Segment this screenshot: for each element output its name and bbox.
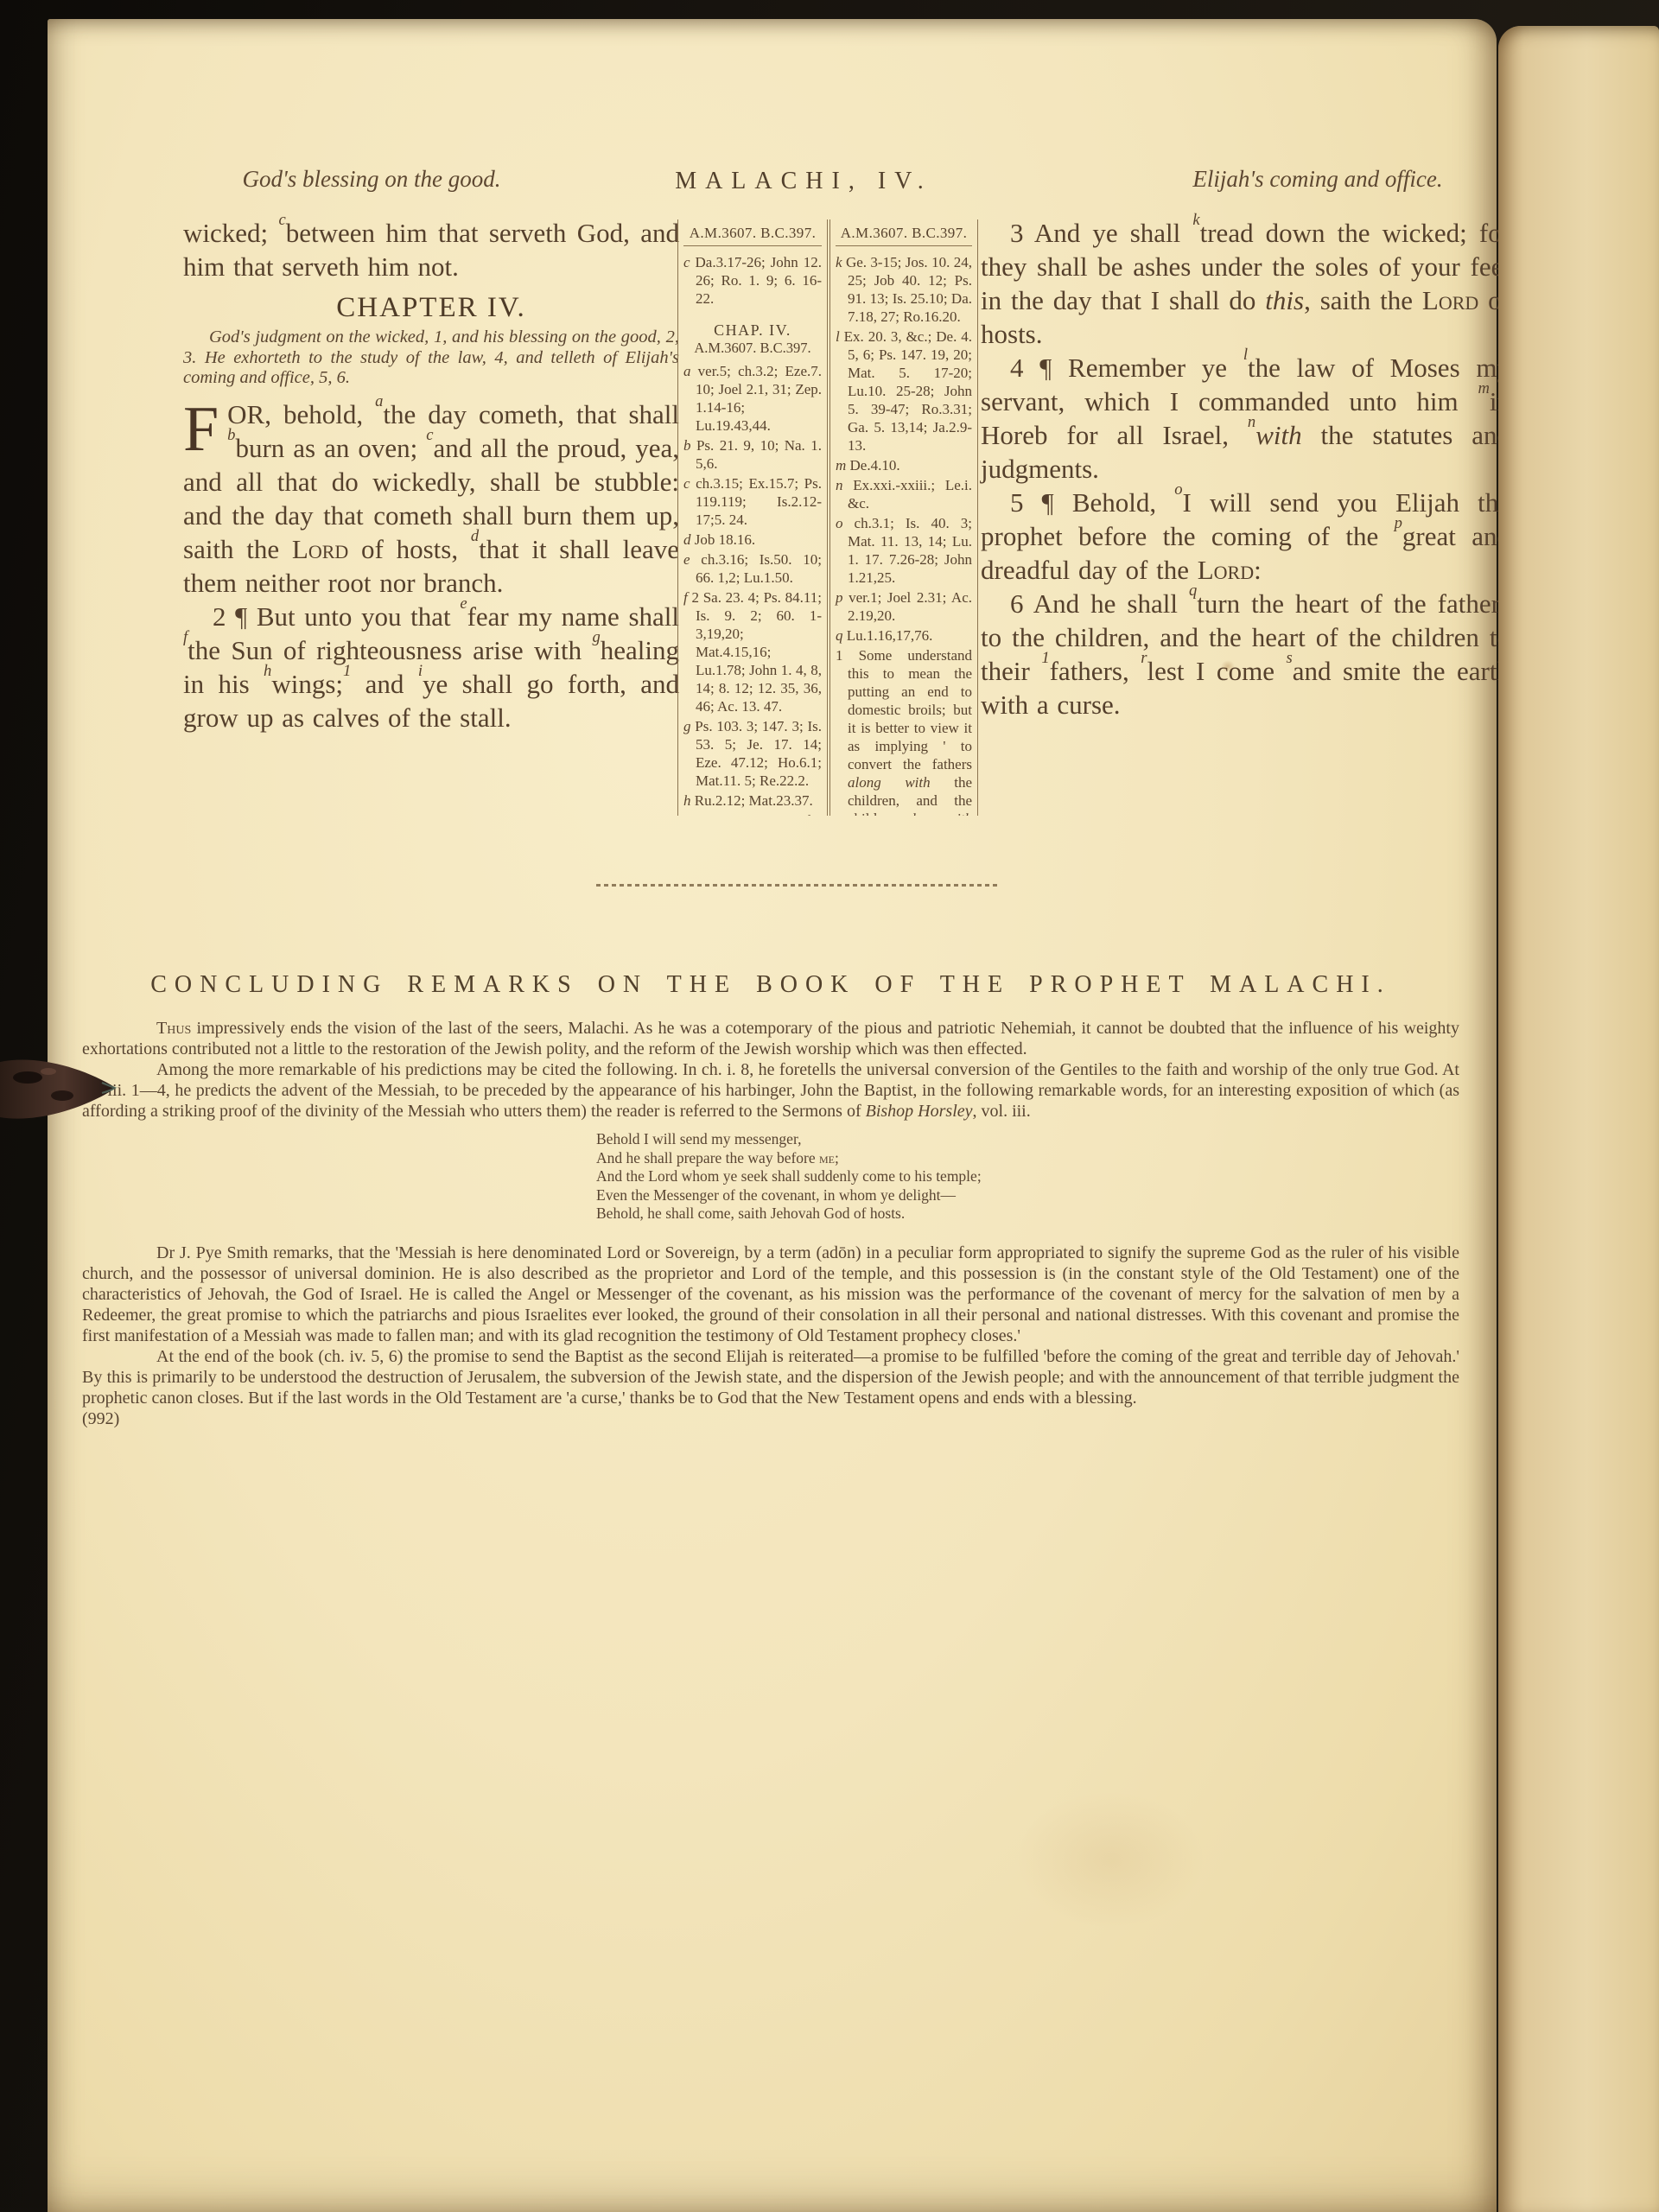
scanned-bible-page-photo: { "colors":{"paper":"#f2e4bc","ink":"#55… — [0, 0, 1659, 2212]
verse-1-text: OR, behold, athe day cometh, that shall … — [183, 399, 679, 598]
running-head-center: MALACHI, IV. — [652, 168, 955, 195]
reference-column-right: A.M.3607. B.C.397. k Ge. 3-15; Jos. 10. … — [829, 219, 978, 816]
ref-chapter-heading: CHAP. IV. — [683, 321, 822, 340]
quote-line: And he shall prepare the way before me; — [596, 1149, 1459, 1168]
running-head-right: Elijah's coming and office. — [1132, 166, 1503, 193]
ref-note: 1 Among the Egyptians, the globe, with a… — [683, 811, 822, 816]
scripture-quotation-block: Behold I will send my messenger, And he … — [596, 1130, 1459, 1224]
ref-entry: h Ru.2.12; Mat.23.37. — [683, 791, 822, 810]
ref-entry: f 2 Sa. 23. 4; Ps. 84.11; Is. 9. 2; 60. … — [683, 588, 822, 715]
next-page-edge — [1498, 26, 1659, 2212]
chapter-summary: God's judgment on the wicked, 1, and his… — [183, 327, 679, 389]
running-head-left: God's blessing on the good. — [186, 166, 557, 193]
verse-6: 6 And he shall qturn the heart of the fa… — [981, 587, 1510, 721]
concluding-paragraph: At the end of the book (ch. iv. 5, 6) th… — [82, 1346, 1459, 1408]
ref-entry: m De.4.10. — [836, 456, 972, 474]
concluding-paragraph: Thus impressively ends the vision of the… — [82, 1018, 1459, 1059]
reference-column-left: A.M.3607. B.C.397. c Da.3.17-26; John 12… — [677, 219, 828, 816]
ref-entry: o ch.3.1; Is. 40. 3; Mat. 11. 13, 14; Lu… — [836, 514, 972, 587]
ref-date-heading: A.M.3607. B.C.397. — [683, 219, 822, 246]
concluding-paragraph: Dr J. Pye Smith remarks, that the 'Messi… — [82, 1243, 1459, 1346]
concluding-remarks-body: Thus impressively ends the vision of the… — [82, 1018, 1459, 1429]
section-divider-rule — [596, 884, 1001, 887]
ref-entry: p ver.1; Joel 2.31; Ac. 2.19,20. — [836, 588, 972, 625]
page-number: (992) — [82, 1408, 1459, 1429]
ref-entry: b Ps. 21. 9, 10; Na. 1. 5,6. — [683, 436, 822, 473]
chapter-heading: CHAPTER IV. — [183, 292, 679, 324]
drop-cap: F — [183, 397, 227, 457]
ref-entry: q Lu.1.16,17,76. — [836, 626, 972, 645]
quote-line: And the Lord whom ye seek shall suddenly… — [596, 1167, 1459, 1186]
ref-entry: g Ps. 103. 3; 147. 3; Is. 53. 5; Je. 17.… — [683, 717, 822, 790]
concluding-remarks-heading: CONCLUDING REMARKS ON THE BOOK OF THE PR… — [82, 971, 1459, 999]
concluding-paragraph: Among the more remarkable of his predict… — [82, 1059, 1459, 1122]
left-book-page: God's blessing on the good. MALACHI, IV.… — [48, 19, 1497, 2212]
ref-entry: n Ex.xxi.-xxiii.; Le.i. &c. — [836, 476, 972, 512]
verse-5: 5 ¶ Behold, oI will send you Elijah the … — [981, 486, 1510, 587]
quote-line: Behold, he shall come, saith Jehovah God… — [596, 1205, 1459, 1224]
verse-1: FOR, behold, athe day cometh, that shall… — [183, 397, 679, 600]
verse-4: 4 ¶ Remember ye lthe law of Moses my ser… — [981, 351, 1510, 486]
quote-line: Behold I will send my messenger, — [596, 1130, 1459, 1149]
ref-note: 1 Some understand this to mean the putti… — [836, 646, 972, 816]
foxing-stain — [1015, 1790, 1205, 1929]
ref-entry: k Ge. 3-15; Jos. 10. 24, 25; Job 40. 12;… — [836, 253, 972, 326]
ref-chapter-date: A.M.3607. B.C.397. — [683, 340, 822, 357]
ref-entry: d Job 18.16. — [683, 531, 822, 549]
ref-entry: l Ex. 20. 3, &c.; De. 4. 5, 6; Ps. 147. … — [836, 327, 972, 454]
scripture-column-left: wicked; cbetween him that serveth God, a… — [183, 216, 679, 734]
ref-entry: c ch.3.15; Ex.15.7; Ps. 119.119; Is.2.12… — [683, 474, 822, 529]
ref-entry: c Da.3.17-26; John 12. 26; Ro. 1. 9; 6. … — [683, 253, 822, 308]
ref-date-heading: A.M.3607. B.C.397. — [836, 219, 972, 246]
ref-entry: a ver.5; ch.3.2; Eze.7. 10; Joel 2.1, 31… — [683, 362, 822, 435]
bookmark-ribbon — [0, 1052, 121, 1127]
scripture-column-right: 3 And ye shall ktread down the wicked; f… — [981, 216, 1510, 721]
verse-2: 2 ¶ But unto you that efear my name shal… — [183, 600, 679, 734]
verse-carryover: wicked; cbetween him that serveth God, a… — [183, 216, 679, 283]
verse-3: 3 And ye shall ktread down the wicked; f… — [981, 216, 1510, 351]
ref-entry: e ch.3.16; Is.50. 10; 66. 1,2; Lu.1.50. — [683, 550, 822, 587]
quote-line: Even the Messenger of the covenant, in w… — [596, 1186, 1459, 1205]
